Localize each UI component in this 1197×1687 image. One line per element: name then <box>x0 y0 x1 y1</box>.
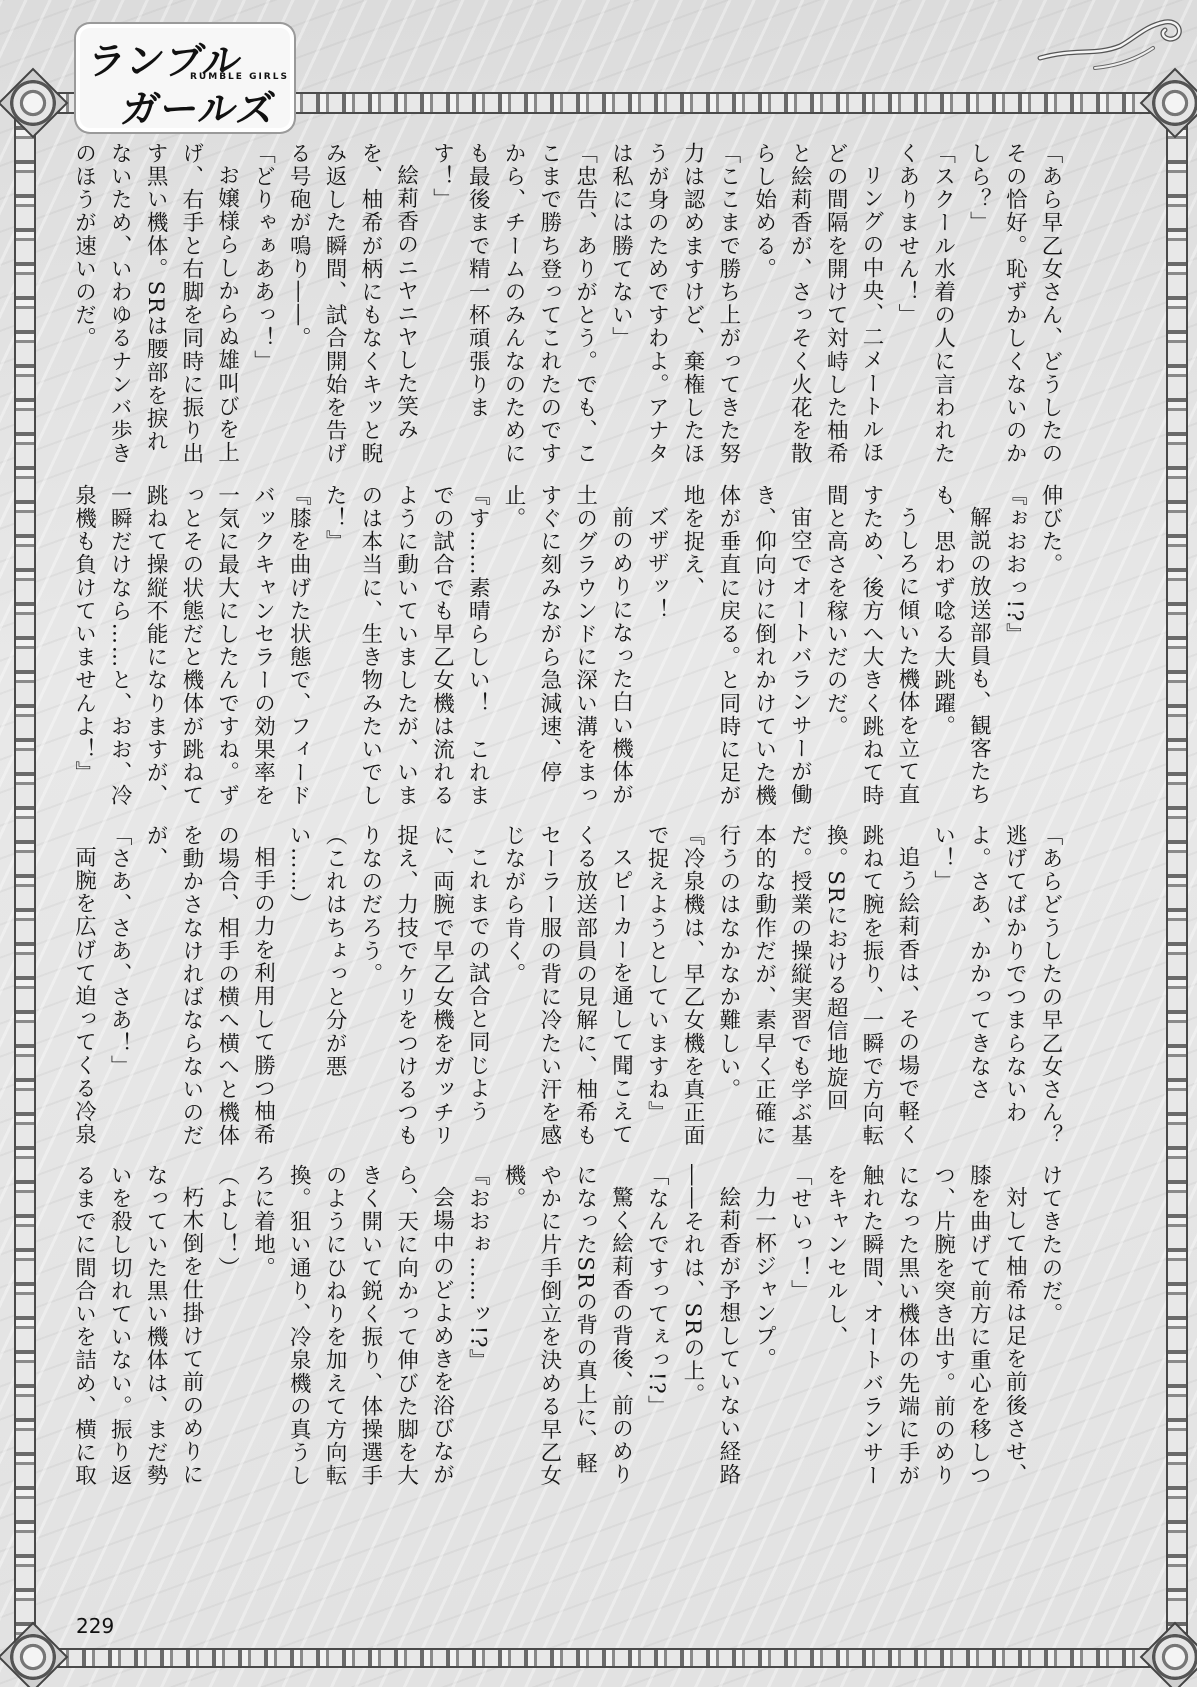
narration-paragraph: けてきたのだ。 <box>1032 1164 1068 1494</box>
dialogue-paragraph: 『冷泉機は、早乙女機を真正面で捉えようとしていますね』 <box>638 824 710 1154</box>
text-tier-4: けてきたのだ。対して柚希は足を前後させ、膝を曲げて前方に重心を移しつつ、片腕を突… <box>68 1164 1068 1494</box>
text-tier-1: 「あら早乙女さん、どうしたのその恰好。恥ずかしくないのかしら？」「スクール水着の… <box>68 142 1068 472</box>
narration-paragraph: うしろに傾いた機体を立て直すため、後方へ大きく跳ねて時間と高さを稼いだのだ。 <box>817 484 924 814</box>
narration-paragraph: 両腕を広げて迫ってくる冷泉機はそれを許してくれそうにない。 <box>68 824 101 1154</box>
text-tier-3: 「あらどうしたの早乙女さん？ 逃げてばかりでつまらないわよ。さあ、かかってきなさ… <box>68 824 1068 1154</box>
novel-page: ランブル RUMBLE GIRLS ガールズ 「あら早乙女さん、どうしたのその恰… <box>0 0 1197 1687</box>
narration-paragraph: 伸びた。 <box>1032 484 1068 814</box>
narration-paragraph: 絵莉香が予想していない経路――それは、SRの上。 <box>674 1164 746 1494</box>
corner-ornament-icon <box>1140 68 1197 139</box>
dialogue-paragraph: 『す……素晴らしい！ これまでの試合でも早乙女機は流れるように動いていましたが、… <box>316 484 495 814</box>
corner-ornament-icon <box>0 68 68 139</box>
narration-paragraph: スピーカーを通して聞こえてくる放送部員の見解に、柚希もセーラー服の背に冷たい汗を… <box>495 824 638 1154</box>
ornamental-border-bottom <box>30 1648 1180 1668</box>
dialogue-paragraph: 「忠告、ありがとう。でも、ここまで勝ち登ってこれたのですから、チームのみんなのた… <box>424 142 603 472</box>
dialogue-paragraph: 「スクール水着の人に言われたくありません！」 <box>889 142 961 472</box>
corner-ornament-icon <box>1140 1622 1197 1687</box>
dialogue-paragraph: 「あらどうしたの早乙女さん？ 逃げてばかりでつまらないわよ。さあ、かかってきなさ… <box>925 824 1068 1154</box>
narration-paragraph: リングの中央、二メートルほどの間隔を開けて対峙した柚希と絵莉香が、さっそく火花を… <box>746 142 889 472</box>
dialogue-paragraph: 「なんですってぇっ!?」 <box>638 1164 674 1494</box>
dialogue-paragraph: （よし！） <box>209 1164 245 1494</box>
narration-paragraph: これまでの試合と同じように、両腕で早乙女機をガッチリ捉え、力技でケリをつけるつも… <box>352 824 495 1154</box>
dialogue-paragraph: 「あら早乙女さん、どうしたのその恰好。恥ずかしくないのかしら？」 <box>961 142 1068 472</box>
page-number: 229 <box>76 1614 114 1638</box>
logo-title-line2: ガールズ <box>118 78 280 133</box>
narration-paragraph: 驚く絵莉香の背後、前のめりになったSRの背の真上に、軽やかに片手倒立を決める早乙… <box>495 1164 638 1494</box>
narration-paragraph: 相手の力を利用して勝つ柚希の場合、相手の横へ横へと機体を動かさなければならないの… <box>137 824 280 1154</box>
narration-paragraph: 宙空でオートバランサーが働き、仰向けに倒れかけていた機体が垂直に戻る。と同時に足… <box>674 484 817 814</box>
narration-paragraph: 解説の放送部員も、観客たちも、思わず唸る大跳躍。 <box>925 484 997 814</box>
narration-paragraph: 力一杯ジャンプ。 <box>746 1164 782 1494</box>
narration-paragraph: 会場中のどよめきを浴びながら、天に向かって伸びた脚を大きく開いて鋭く振り、体操選… <box>245 1164 460 1494</box>
narration-paragraph: 対して柚希は足を前後させ、膝を曲げて前方に重心を移しつつ、片腕を突き出す。前のめ… <box>817 1164 1032 1494</box>
narration-paragraph: 朽木倒を仕掛けて前のめりになっていた黒い機体は、まだ勢いを殺し切れていない。振り… <box>68 1164 209 1494</box>
dialogue-paragraph: 「ここまで勝ち上がってきた努力は認めますけど、棄権したほうが身のためですわよ。ア… <box>603 142 746 472</box>
text-tier-2: 伸びた。『ぉおおっ!?』解説の放送部員も、観客たちも、思わず唸る大跳躍。うしろに… <box>68 484 1068 814</box>
narration-paragraph: 追う絵莉香は、その場で軽く跳ねて腕を振り、一瞬で方向転換。SRにおける超信地旋回… <box>710 824 925 1154</box>
body-text: 「あら早乙女さん、どうしたのその恰好。恥ずかしくないのかしら？」「スクール水着の… <box>68 132 1068 1552</box>
ornamental-border-right <box>1166 92 1188 1664</box>
dialogue-paragraph: 「せいっ！」 <box>782 1164 818 1494</box>
series-logo: ランブル RUMBLE GIRLS ガールズ <box>80 28 290 128</box>
corner-ornament-icon <box>0 1622 68 1687</box>
dialogue-paragraph: 「さあ、さあ、さあ！」 <box>101 824 137 1154</box>
dialogue-paragraph: 『膝を曲げた状態で、フィードバックキャンセラーの効果率を一気に最大にしたんですね… <box>68 484 316 814</box>
narration-paragraph: 絵莉香のニヤニヤした笑みを、柚希が柄にもなくキッと睨み返した瞬間、試合開始を告げ… <box>280 142 423 472</box>
narration-paragraph: お嬢様らしからぬ雄叫びを上げ、右手と右脚を同時に振り出す黒い機体。SRは腰部を捩… <box>68 142 245 472</box>
dialogue-paragraph: 『ぉおおっ!?』 <box>996 484 1032 814</box>
narration-paragraph: ズザザッ！ <box>638 484 674 814</box>
dialogue-paragraph: 『おおぉ……ッ!?』 <box>459 1164 495 1494</box>
dialogue-paragraph: 「どりゃぁああっ！」 <box>245 142 281 472</box>
dialogue-paragraph: （これはちょっと分が悪い……） <box>280 824 352 1154</box>
flourish-ornament-icon <box>1035 8 1185 78</box>
narration-paragraph: 前のめりになった白い機体が土のグラウンドに深い溝をまっすぐに刻みながら急減速、停… <box>495 484 638 814</box>
ornamental-border-left <box>14 92 36 1664</box>
